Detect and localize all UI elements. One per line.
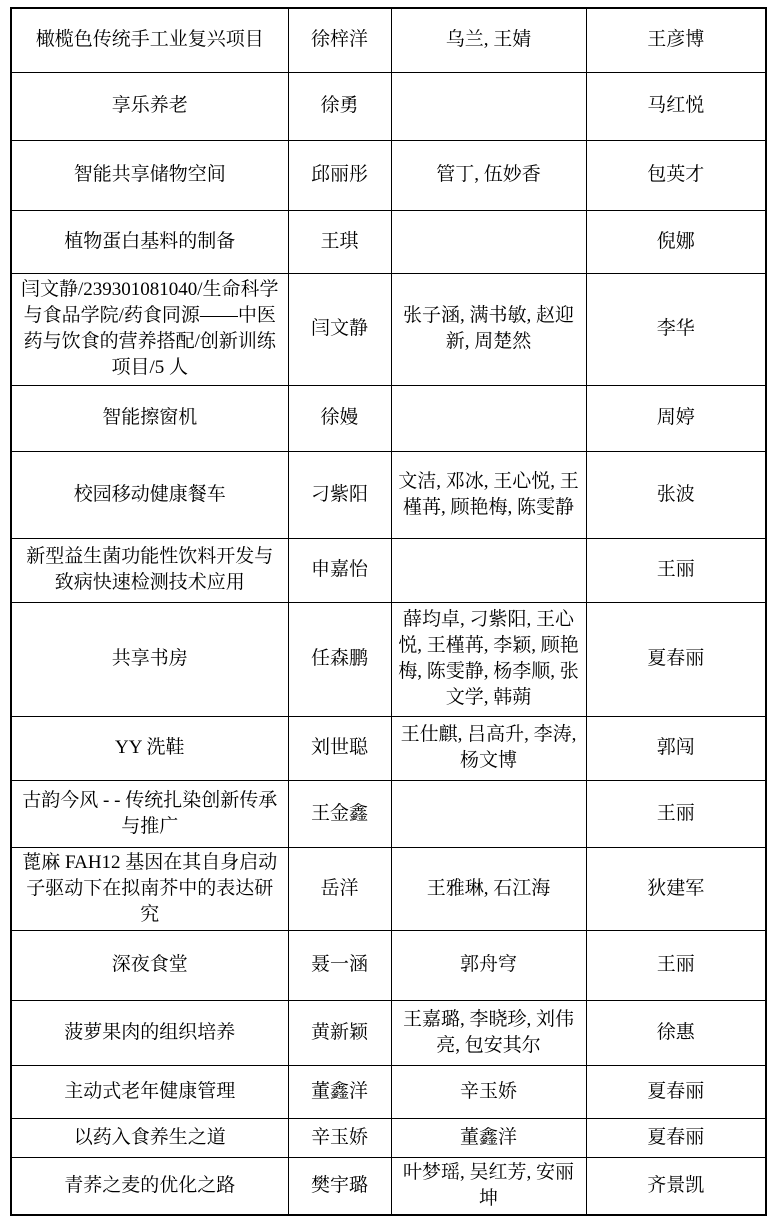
- members-cell: 辛玉娇: [391, 1065, 586, 1118]
- advisor-cell: 王丽: [586, 930, 766, 1000]
- advisor-cell: 王丽: [586, 780, 766, 847]
- advisor-cell: 夏春丽: [586, 602, 766, 716]
- members-cell: 郭舟穹: [391, 930, 586, 1000]
- table-row: 享乐养老 徐勇 马红悦: [11, 72, 766, 140]
- members-cell: 王雅琳, 石江海: [391, 847, 586, 930]
- leader-cell: 董鑫洋: [288, 1065, 391, 1118]
- leader-cell: 邱丽彤: [288, 140, 391, 210]
- leader-cell: 闫文静: [288, 273, 391, 385]
- advisor-cell: 夏春丽: [586, 1065, 766, 1118]
- members-cell: [391, 538, 586, 602]
- members-cell: [391, 385, 586, 451]
- advisor-cell: 王丽: [586, 538, 766, 602]
- leader-cell: 岳洋: [288, 847, 391, 930]
- leader-cell: 刘世聪: [288, 716, 391, 780]
- project-cell: 菠萝果肉的组织培养: [11, 1000, 288, 1065]
- members-cell: 王仕麒, 吕高升, 李涛, 杨文博: [391, 716, 586, 780]
- advisor-cell: 张波: [586, 451, 766, 538]
- table-row: 深夜食堂 聂一涵 郭舟穹 王丽: [11, 930, 766, 1000]
- leader-cell: 刁紫阳: [288, 451, 391, 538]
- table-row: 菠萝果肉的组织培养 黄新颖 王嘉璐, 李晓珍, 刘伟亮, 包安其尔 徐惠: [11, 1000, 766, 1065]
- members-cell: 叶梦瑶, 吴红芳, 安丽坤: [391, 1157, 586, 1215]
- table-body: 橄榄色传统手工业复兴项目 徐梓洋 乌兰, 王婧 王彦博 享乐养老 徐勇 马红悦 …: [11, 8, 766, 1215]
- members-cell: [391, 210, 586, 273]
- project-cell: 橄榄色传统手工业复兴项目: [11, 8, 288, 72]
- leader-cell: 樊宇璐: [288, 1157, 391, 1215]
- project-cell: 智能擦窗机: [11, 385, 288, 451]
- table-row: 校园移动健康餐车 刁紫阳 文洁, 邓冰, 王心悦, 王槿苒, 顾艳梅, 陈雯静 …: [11, 451, 766, 538]
- advisor-cell: 齐景凯: [586, 1157, 766, 1215]
- leader-cell: 王琪: [288, 210, 391, 273]
- members-cell: 张子涵, 满书敏, 赵迎新, 周楚然: [391, 273, 586, 385]
- project-cell: 以药入食养生之道: [11, 1118, 288, 1157]
- table-row: 闫文静/239301081040/生命科学与食品学院/药食同源——中医药与饮食的…: [11, 273, 766, 385]
- table-row: 蓖麻 FAH12 基因在其自身启动子驱动下在拟南芥中的表达研究 岳洋 王雅琳, …: [11, 847, 766, 930]
- project-cell: 享乐养老: [11, 72, 288, 140]
- leader-cell: 徐勇: [288, 72, 391, 140]
- table-row: 古韵今风 - - 传统扎染创新传承与推广 王金鑫 王丽: [11, 780, 766, 847]
- leader-cell: 辛玉娇: [288, 1118, 391, 1157]
- project-cell: 深夜食堂: [11, 930, 288, 1000]
- table-row: 智能擦窗机 徐嫚 周婷: [11, 385, 766, 451]
- advisor-cell: 夏春丽: [586, 1118, 766, 1157]
- project-cell: 共享书房: [11, 602, 288, 716]
- advisor-cell: 狄建军: [586, 847, 766, 930]
- table-row: 橄榄色传统手工业复兴项目 徐梓洋 乌兰, 王婧 王彦博: [11, 8, 766, 72]
- project-cell: 校园移动健康餐车: [11, 451, 288, 538]
- project-cell: 古韵今风 - - 传统扎染创新传承与推广: [11, 780, 288, 847]
- members-cell: 管丁, 伍妙香: [391, 140, 586, 210]
- advisor-cell: 包英才: [586, 140, 766, 210]
- table-row: 以药入食养生之道 辛玉娇 董鑫洋 夏春丽: [11, 1118, 766, 1157]
- table-row: 智能共享储物空间 邱丽彤 管丁, 伍妙香 包英才: [11, 140, 766, 210]
- project-cell: 闫文静/239301081040/生命科学与食品学院/药食同源——中医药与饮食的…: [11, 273, 288, 385]
- table-row: 新型益生菌功能性饮料开发与致病快速检测技术应用 申嘉怡 王丽: [11, 538, 766, 602]
- advisor-cell: 王彦博: [586, 8, 766, 72]
- advisor-cell: 郭闯: [586, 716, 766, 780]
- advisor-cell: 徐惠: [586, 1000, 766, 1065]
- advisor-cell: 周婷: [586, 385, 766, 451]
- project-cell: 新型益生菌功能性饮料开发与致病快速检测技术应用: [11, 538, 288, 602]
- leader-cell: 任森鹏: [288, 602, 391, 716]
- project-cell: YY 洗鞋: [11, 716, 288, 780]
- members-cell: [391, 780, 586, 847]
- members-cell: 薛均卓, 刁紫阳, 王心悦, 王槿苒, 李颖, 顾艳梅, 陈雯静, 杨李顺, 张…: [391, 602, 586, 716]
- table-row: 主动式老年健康管理 董鑫洋 辛玉娇 夏春丽: [11, 1065, 766, 1118]
- leader-cell: 徐嫚: [288, 385, 391, 451]
- advisor-cell: 李华: [586, 273, 766, 385]
- project-cell: 主动式老年健康管理: [11, 1065, 288, 1118]
- leader-cell: 黄新颖: [288, 1000, 391, 1065]
- members-cell: 王嘉璐, 李晓珍, 刘伟亮, 包安其尔: [391, 1000, 586, 1065]
- project-cell: 智能共享储物空间: [11, 140, 288, 210]
- members-cell: 董鑫洋: [391, 1118, 586, 1157]
- members-cell: [391, 72, 586, 140]
- leader-cell: 徐梓洋: [288, 8, 391, 72]
- document-page: 橄榄色传统手工业复兴项目 徐梓洋 乌兰, 王婧 王彦博 享乐养老 徐勇 马红悦 …: [0, 0, 775, 1230]
- project-cell: 青荞之麦的优化之路: [11, 1157, 288, 1215]
- table-row: YY 洗鞋 刘世聪 王仕麒, 吕高升, 李涛, 杨文博 郭闯: [11, 716, 766, 780]
- members-cell: 乌兰, 王婧: [391, 8, 586, 72]
- leader-cell: 王金鑫: [288, 780, 391, 847]
- advisor-cell: 倪娜: [586, 210, 766, 273]
- table-row: 青荞之麦的优化之路 樊宇璐 叶梦瑶, 吴红芳, 安丽坤 齐景凯: [11, 1157, 766, 1215]
- table-row: 共享书房 任森鹏 薛均卓, 刁紫阳, 王心悦, 王槿苒, 李颖, 顾艳梅, 陈雯…: [11, 602, 766, 716]
- project-cell: 植物蛋白基料的制备: [11, 210, 288, 273]
- leader-cell: 聂一涵: [288, 930, 391, 1000]
- members-cell: 文洁, 邓冰, 王心悦, 王槿苒, 顾艳梅, 陈雯静: [391, 451, 586, 538]
- project-cell: 蓖麻 FAH12 基因在其自身启动子驱动下在拟南芥中的表达研究: [11, 847, 288, 930]
- leader-cell: 申嘉怡: [288, 538, 391, 602]
- project-table: 橄榄色传统手工业复兴项目 徐梓洋 乌兰, 王婧 王彦博 享乐养老 徐勇 马红悦 …: [10, 7, 767, 1216]
- table-row: 植物蛋白基料的制备 王琪 倪娜: [11, 210, 766, 273]
- advisor-cell: 马红悦: [586, 72, 766, 140]
